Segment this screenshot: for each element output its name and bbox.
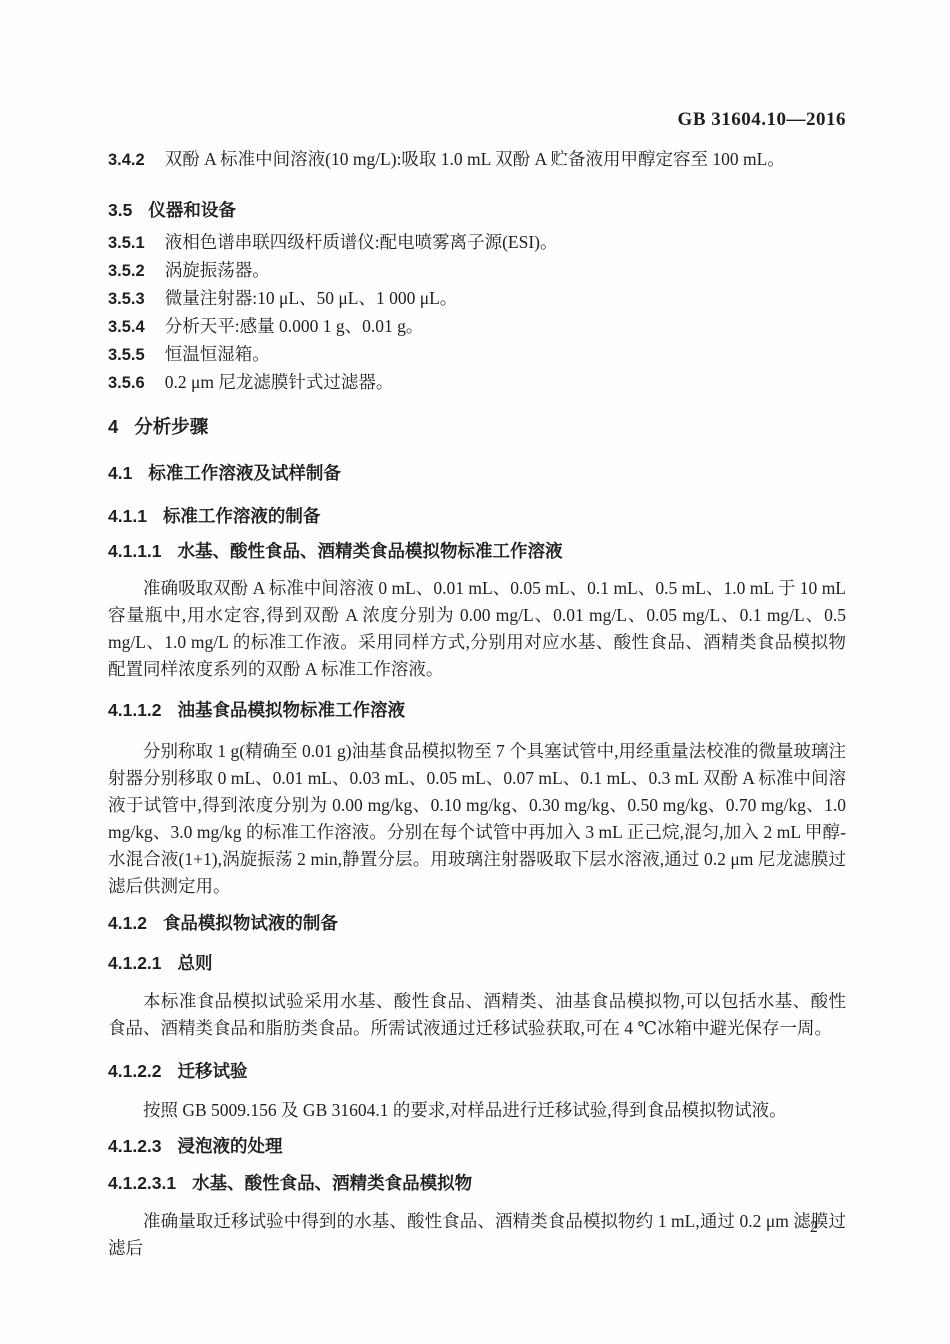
paragraph-4-1-1-1: 准确吸取双酚 A 标准中间溶液 0 mL、0.01 mL、0.05 mL、0.1… <box>108 575 846 683</box>
section-number: 4.1.2.3 <box>108 1136 162 1156</box>
clause-text: 液相色谱串联四级杆质谱仪:配电喷雾离子源(ESI)。 <box>165 232 558 252</box>
standard-number-header: GB 31604.10—2016 <box>108 106 846 133</box>
section-number: 4.1.2 <box>108 913 147 933</box>
paragraph-4-1-2-3-1: 准确量取迁移试验中得到的水基、酸性食品、酒精类食品模拟物约 1 mL,通过 0.… <box>108 1208 846 1262</box>
section-title: 水基、酸性食品、酒精类食品模拟物标准工作溶液 <box>178 541 563 561</box>
clause-text: 恒温恒湿箱。 <box>165 344 270 364</box>
section-number: 4.1.1.2 <box>108 700 162 720</box>
paragraph-4-1-2-1: 本标准食品模拟试验采用水基、酸性食品、酒精类、油基食品模拟物,可以包括水基、酸性… <box>108 988 846 1042</box>
section-title: 食品模拟物试液的制备 <box>163 913 338 933</box>
clause-number: 3.5.1 <box>108 234 145 252</box>
clause-number: 3.5.5 <box>108 346 145 364</box>
page-number: 2 <box>810 1218 818 1238</box>
clause-number: 3.5.4 <box>108 318 145 336</box>
clause-number: 3.5.2 <box>108 262 145 280</box>
section-number: 4.1 <box>108 463 132 483</box>
section-number: 4 <box>108 416 118 437</box>
section-heading-4: 4分析步骤 <box>108 413 846 440</box>
paragraph-4-1-2-2: 按照 GB 5009.156 及 GB 31604.1 的要求,对样品进行迁移试… <box>108 1097 846 1124</box>
equipment-item: 3.5.5恒温恒湿箱。 <box>108 341 846 369</box>
section-number: 4.1.2.1 <box>108 953 162 973</box>
section-title: 标准工作溶液的制备 <box>163 506 321 526</box>
section-heading-4-1-2: 4.1.2食品模拟物试液的制备 <box>108 910 846 937</box>
section-heading-4-1-2-1: 4.1.2.1总则 <box>108 950 846 977</box>
clause-text: 分析天平:感量 0.000 1 g、0.01 g。 <box>165 316 424 336</box>
section-number: 4.1.1 <box>108 506 147 526</box>
section-heading-3-5: 3.5仪器和设备 <box>108 197 846 224</box>
section-title: 油基食品模拟物标准工作溶液 <box>178 700 406 720</box>
section-title: 仪器和设备 <box>148 200 236 220</box>
section-title: 分析步骤 <box>134 416 208 437</box>
clause-text: 0.2 μm 尼龙滤膜针式过滤器。 <box>165 372 394 392</box>
equipment-list: 3.5.1液相色谱串联四级杆质谱仪:配电喷雾离子源(ESI)。 3.5.2涡旋振… <box>108 229 846 397</box>
clause-number: 3.4.2 <box>108 151 145 169</box>
section-title: 迁移试验 <box>178 1061 248 1081</box>
section-title: 总则 <box>178 953 213 973</box>
equipment-item: 3.5.4分析天平:感量 0.000 1 g、0.01 g。 <box>108 313 846 341</box>
equipment-item: 3.5.3微量注射器:10 μL、50 μL、1 000 μL。 <box>108 285 846 313</box>
document-page: GB 31604.10—2016 3.4.2双酚 A 标准中间溶液(10 mg/… <box>0 0 950 1344</box>
section-title: 浸泡液的处理 <box>178 1136 283 1156</box>
clause-number: 3.5.6 <box>108 374 145 392</box>
section-number: 4.1.2.2 <box>108 1061 162 1081</box>
page-content: GB 31604.10—2016 3.4.2双酚 A 标准中间溶液(10 mg/… <box>108 106 846 1262</box>
equipment-item: 3.5.1液相色谱串联四级杆质谱仪:配电喷雾离子源(ESI)。 <box>108 229 846 257</box>
section-heading-4-1-2-2: 4.1.2.2迁移试验 <box>108 1058 846 1085</box>
clause-number: 3.5.3 <box>108 290 145 308</box>
section-title: 标准工作溶液及试样制备 <box>148 463 341 483</box>
section-heading-4-1-2-3: 4.1.2.3浸泡液的处理 <box>108 1133 846 1160</box>
section-heading-4-1-1: 4.1.1标准工作溶液的制备 <box>108 503 846 530</box>
clause-text: 微量注射器:10 μL、50 μL、1 000 μL。 <box>165 288 458 308</box>
section-number: 4.1.1.1 <box>108 541 162 561</box>
section-heading-4-1: 4.1标准工作溶液及试样制备 <box>108 460 846 487</box>
equipment-item: 3.5.60.2 μm 尼龙滤膜针式过滤器。 <box>108 369 846 397</box>
section-heading-4-1-1-2: 4.1.1.2油基食品模拟物标准工作溶液 <box>108 697 846 724</box>
clause-3-4-2: 3.4.2双酚 A 标准中间溶液(10 mg/L):吸取 1.0 mL 双酚 A… <box>108 146 846 174</box>
equipment-item: 3.5.2涡旋振荡器。 <box>108 257 846 285</box>
paragraph-4-1-1-2: 分别称取 1 g(精确至 0.01 g)油基食品模拟物至 7 个具塞试管中,用经… <box>108 738 846 900</box>
section-number: 3.5 <box>108 200 132 220</box>
section-number: 4.1.2.3.1 <box>108 1173 176 1193</box>
section-heading-4-1-1-1: 4.1.1.1水基、酸性食品、酒精类食品模拟物标准工作溶液 <box>108 538 846 565</box>
section-heading-4-1-2-3-1: 4.1.2.3.1水基、酸性食品、酒精类食品模拟物 <box>108 1170 846 1197</box>
clause-text: 双酚 A 标准中间溶液(10 mg/L):吸取 1.0 mL 双酚 A 贮备液用… <box>165 149 785 169</box>
section-title: 水基、酸性食品、酒精类食品模拟物 <box>192 1173 472 1193</box>
clause-text: 涡旋振荡器。 <box>165 260 270 280</box>
